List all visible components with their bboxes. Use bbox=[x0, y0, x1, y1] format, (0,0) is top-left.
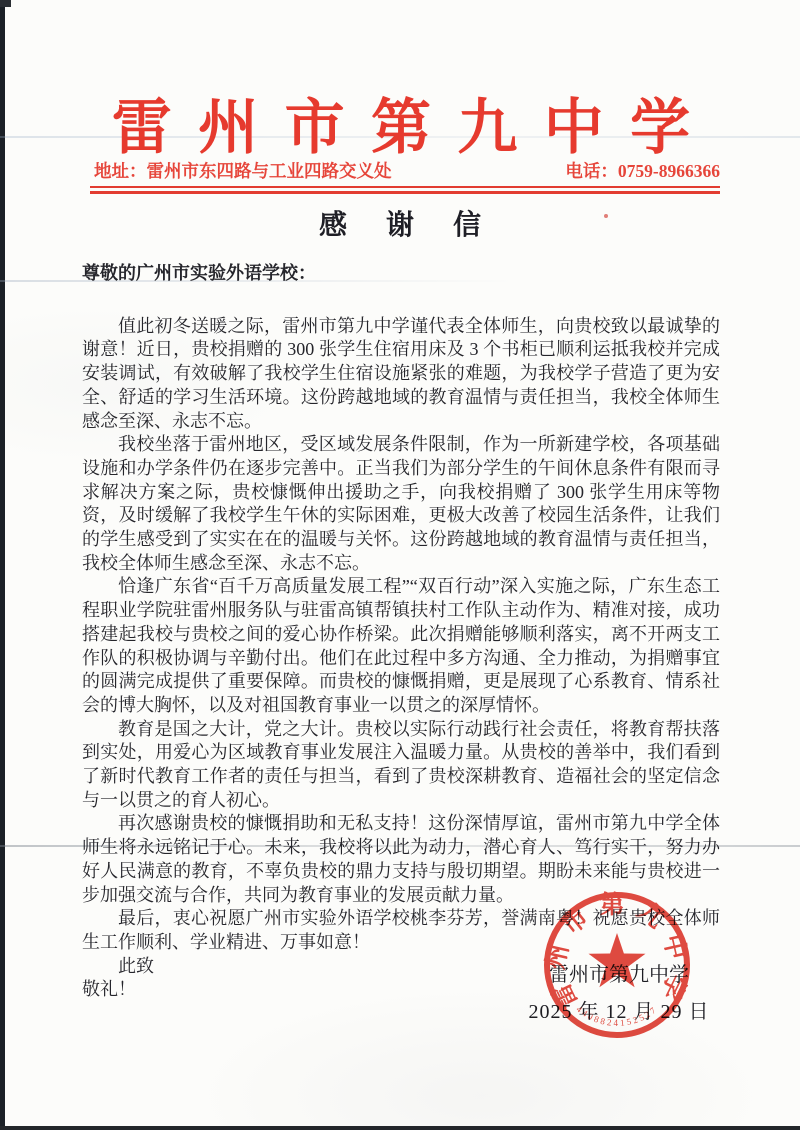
scan-left-edge bbox=[0, 0, 5, 1130]
letterhead-school-name: 雷州市第九中学 bbox=[60, 80, 742, 166]
scan-corner-mark bbox=[0, 0, 11, 7]
scanned-letter-page: 雷州市第九中学 地址：雷州市东四路与工业四路交义处 电话：0759-896636… bbox=[0, 0, 800, 1130]
signature-block: 雷州市第九中学 2025 年 12 月 29 日 bbox=[524, 958, 714, 1024]
letterhead-address: 地址：雷州市东四路与工业四路交义处 bbox=[94, 158, 392, 183]
letter-paragraph: 教育是国之大计，党之大计。贵校以实际行动践行社会责任，将教育帮扶落到实处，用爱心… bbox=[82, 718, 720, 813]
signature-school: 雷州市第九中学 bbox=[524, 958, 714, 987]
letter-salutation: 尊敬的广州市实验外语学校： bbox=[82, 262, 720, 286]
letterhead-phone: 电话：0759-8966366 bbox=[565, 158, 720, 183]
letter-paragraph: 恰逢广东省“百千万高质量发展工程”“双百行动”深入实施之际，广东生态工程职业学院… bbox=[82, 575, 720, 717]
signature-date: 2025 年 12 月 29 日 bbox=[524, 995, 714, 1024]
letterhead-contact-row: 地址：雷州市东四路与工业四路交义处 电话：0759-8966366 bbox=[94, 158, 720, 183]
letter-paragraph: 值此初冬送暖之际，雷州市第九中学谨代表全体师生，向贵校致以最诚挚的谢意！近日，贵… bbox=[82, 315, 720, 434]
scan-bottom-edge bbox=[0, 1126, 800, 1130]
letter-title: 感 谢 信 bbox=[0, 203, 800, 243]
letter-paragraph: 我校坐落于雷州地区，受区域发展条件限制，作为一所新建学校，各项基础设施和办学条件… bbox=[82, 433, 720, 575]
letterhead-rule bbox=[90, 186, 720, 194]
